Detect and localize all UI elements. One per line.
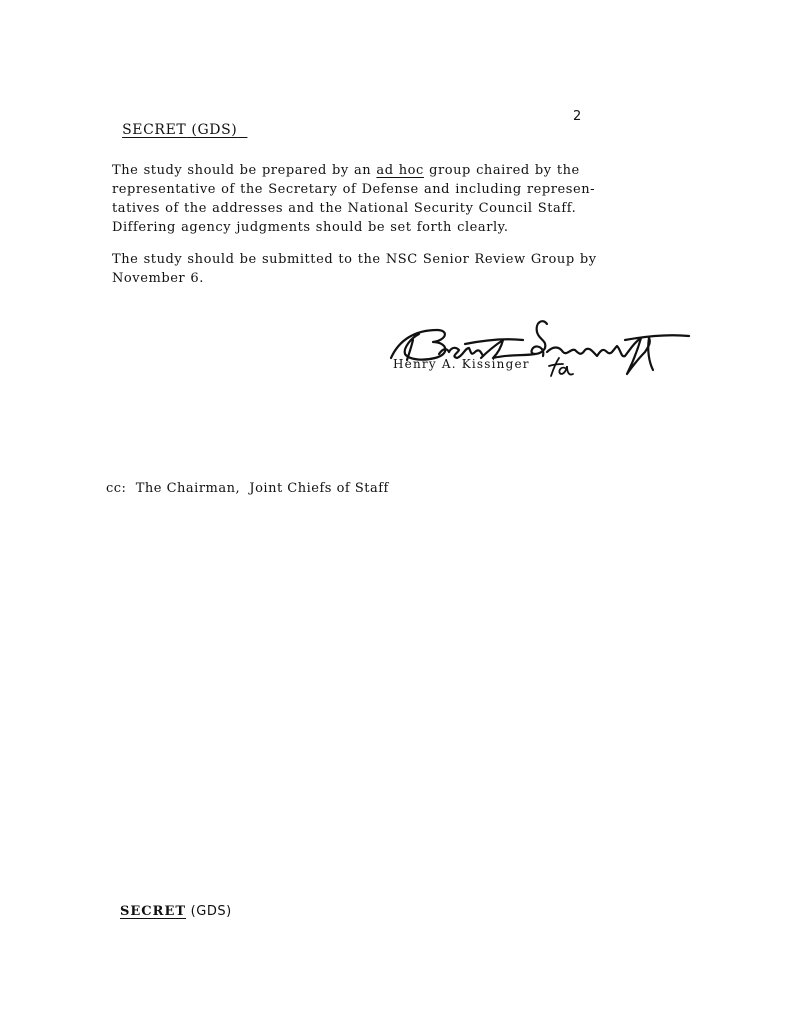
classification-caveat: (GDS) [191,122,237,138]
paragraph-line: The study should be prepared by an ad ho… [112,161,652,180]
initials-mark [385,318,695,393]
paragraph-line: The study should be submitted to the NSC… [112,250,652,269]
paragraph-submission-deadline: The study should be submitted to the NSC… [112,250,652,288]
page-number: 2 [573,109,581,124]
paragraph-line: tatives of the addresses and the Nationa… [112,199,652,218]
classification-underline-tail [237,122,247,138]
footer-classification: SECRET (GDS) [120,904,232,919]
cc-recipient: The Chairman, Joint Chiefs of Staff [136,481,389,496]
cc-label: cc: [106,481,126,496]
paragraph-line: representative of the Secretary of Defen… [112,180,652,199]
header-classification: SECRET (GDS) [112,106,247,138]
signature-block [385,318,695,393]
classification-marking: SECRET [122,122,186,138]
classification-marking: SECRET [120,904,186,919]
typed-signer-name: Henry A. Kissinger [393,357,530,371]
classification-caveat: (GDS) [191,904,232,919]
paragraph-line: Differing agency judgments should be set… [112,218,652,237]
cc-line: cc: The Chairman, Joint Chiefs of Staff [106,481,389,496]
paragraph-line: November 6. [112,269,652,288]
paragraph-study-group: The study should be prepared by an ad ho… [112,161,652,237]
ad-hoc-emphasis: ad hoc [376,163,424,178]
